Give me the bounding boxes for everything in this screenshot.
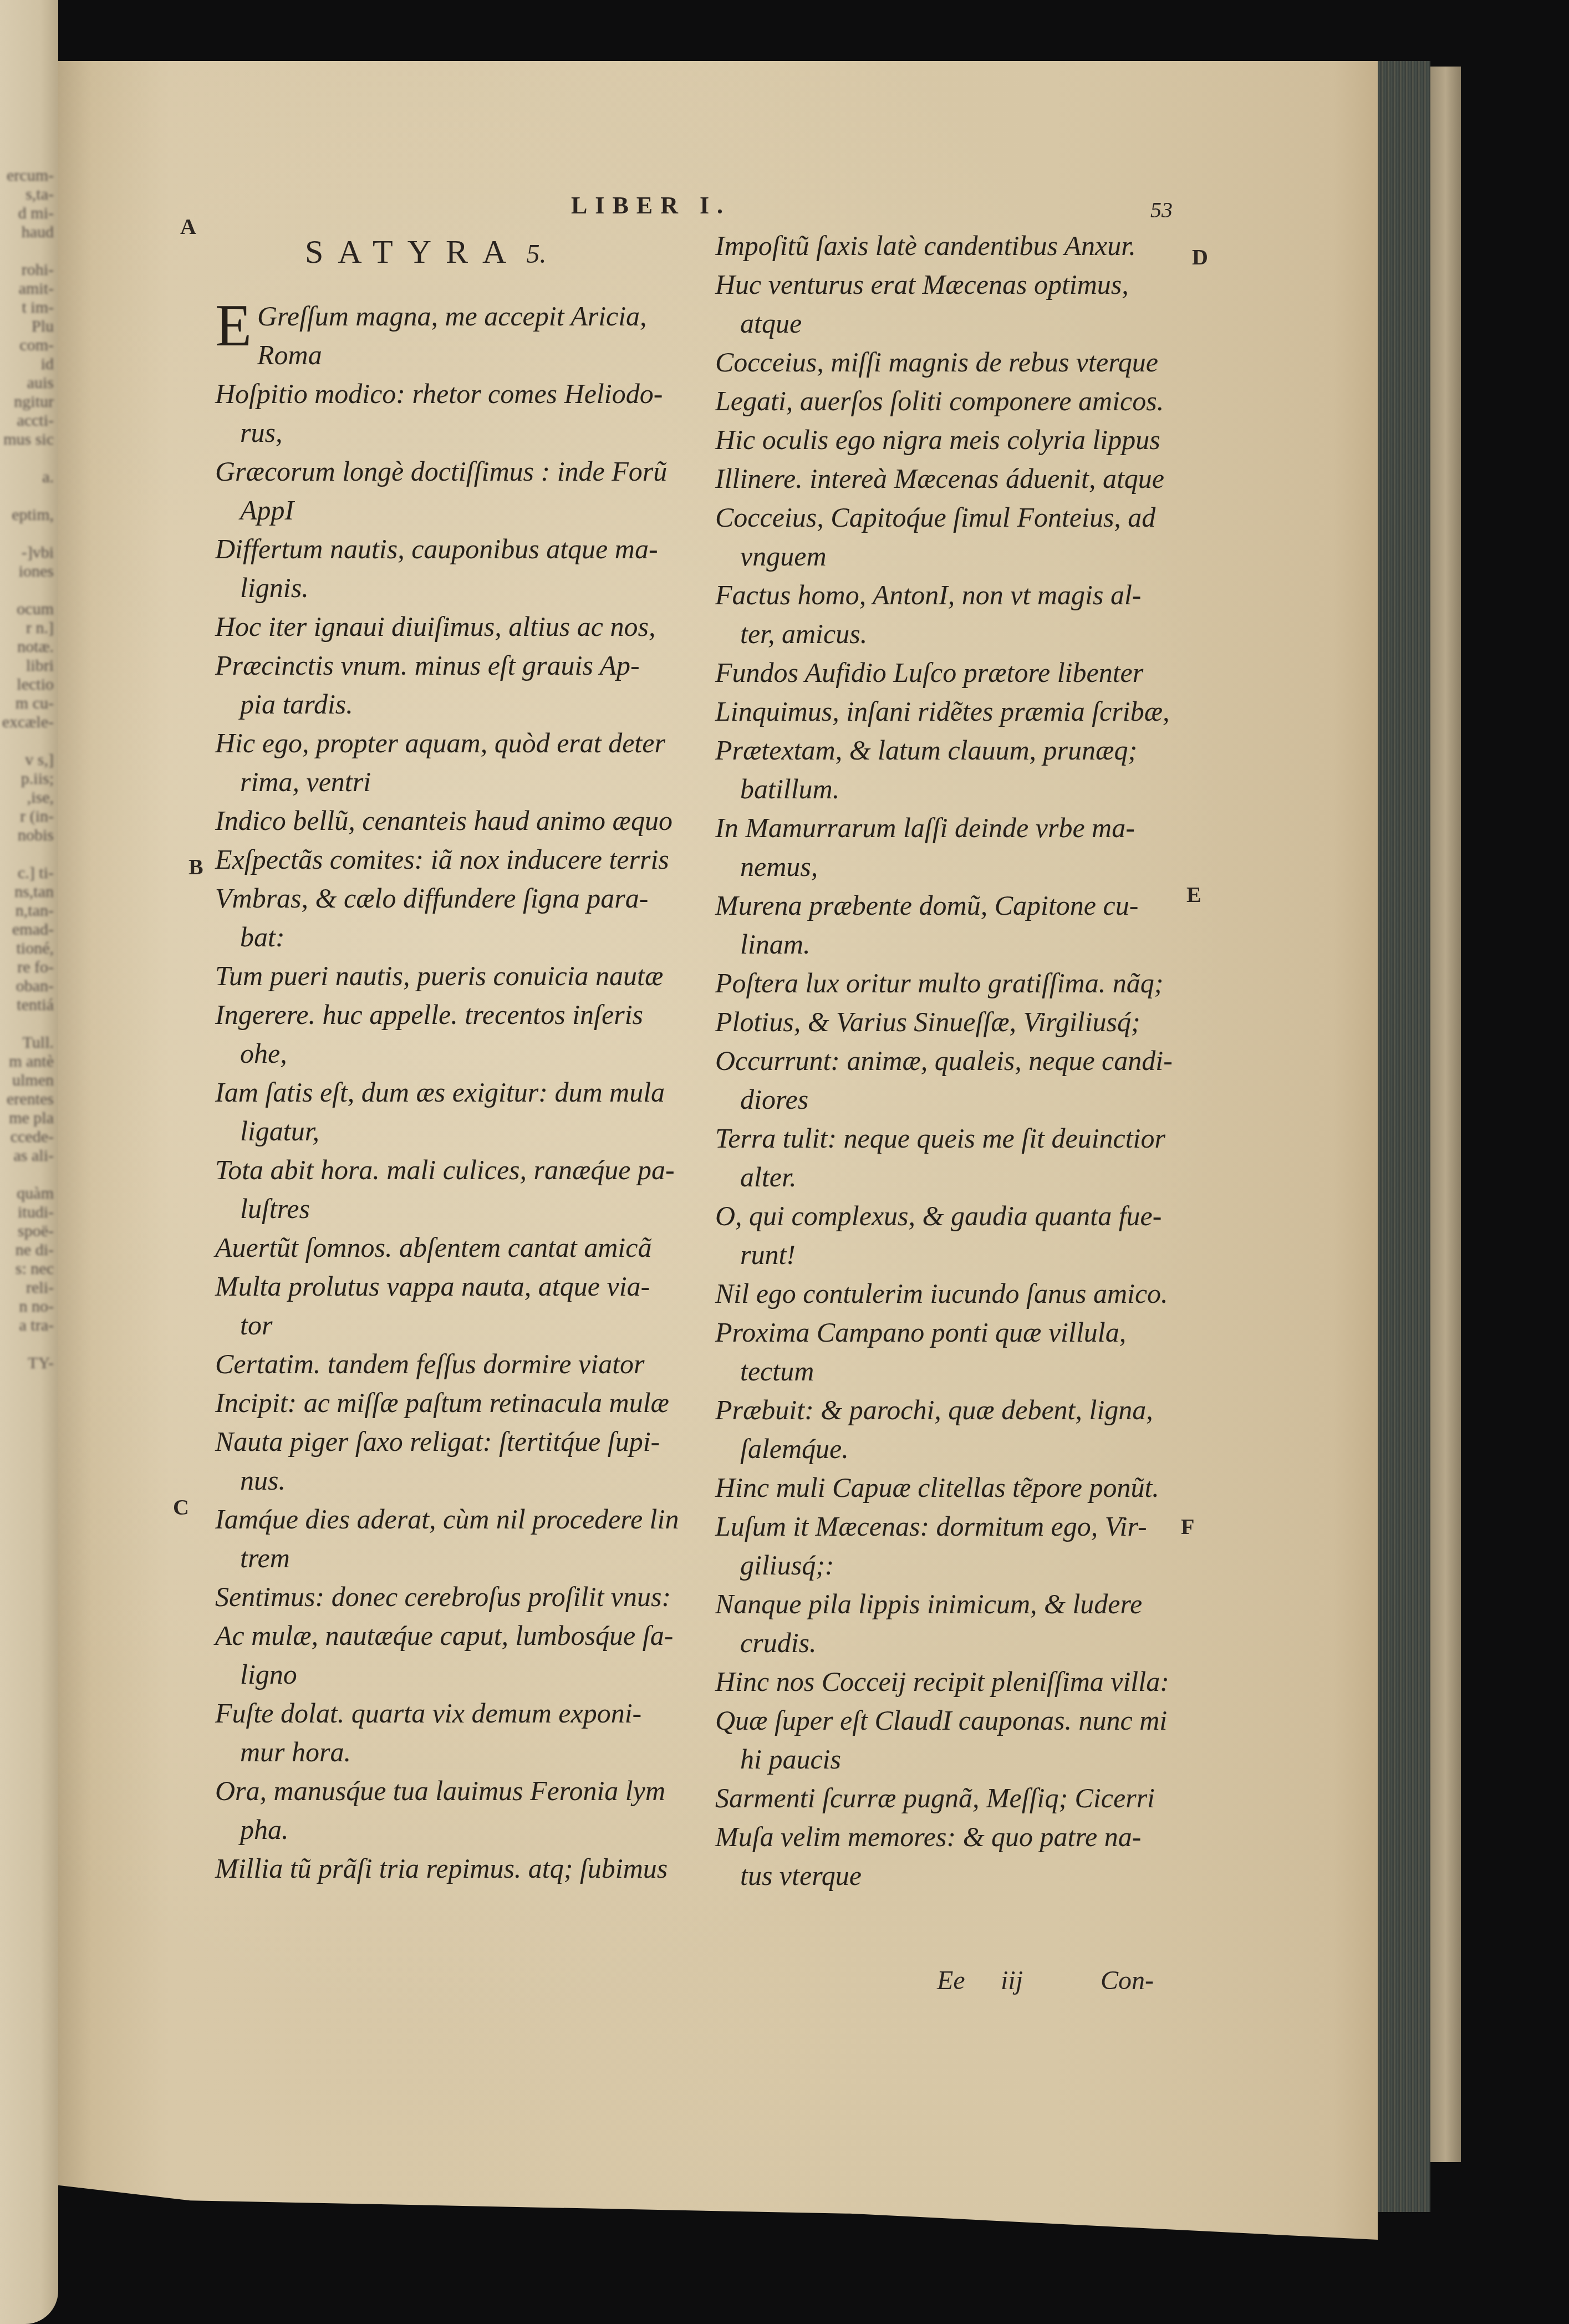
- verse-continuation: ohe,: [215, 1034, 703, 1073]
- verse-continuation: atque: [715, 304, 1192, 343]
- verse-continuation: pha.: [215, 1810, 703, 1849]
- verse-line: Sarmenti ſcurræ pugnã, Meſſiq; Cicerri: [715, 1778, 1192, 1817]
- verse-line: Luſum it Mæcenas: dormitum ego, Vir-: [715, 1507, 1192, 1546]
- verse-continuation: luſtres: [215, 1189, 703, 1228]
- verse-line: Auertũt ſomnos. abſentem cantat amicã: [215, 1228, 703, 1267]
- drop-cap: E: [215, 301, 252, 351]
- verse-continuation: diores: [715, 1080, 1192, 1119]
- verse-continuation: batillum.: [715, 769, 1192, 808]
- verse-line: Iam ſatis eſt, dum æs exigitur: dum mula: [215, 1073, 703, 1112]
- verse-line: Incipit: ac miſſæ paſtum retinacula mulæ: [215, 1383, 703, 1422]
- verse-line: Nil ego contulerim iucundo ſanus amico.: [715, 1274, 1192, 1313]
- verse-continuation: ter, amicus.: [715, 614, 1192, 653]
- marginal-letter-c: C: [173, 1494, 189, 1520]
- marginal-letter-a: A: [180, 213, 196, 239]
- verse-continuation: AppI: [215, 491, 703, 529]
- verse-line: Proxima Campano ponti quæ villula,: [715, 1313, 1192, 1352]
- verse-line: In Mamurrarum laſſi deinde vrbe ma-: [715, 808, 1192, 847]
- verse-line: Linquimus, inſani ridẽtes præmia ſcribæ,: [715, 692, 1192, 731]
- verse-continuation: alter.: [715, 1158, 1192, 1196]
- verse-line: Ingerere. huc appelle. trecentos inſeris: [215, 995, 703, 1034]
- right-text-column: Impoſitũ ſaxis latè candentibus Anxur.Hu…: [715, 226, 1192, 1895]
- verse-line: Poſtera lux oritur multo gratiſſima. nãq…: [715, 964, 1192, 1002]
- verse-continuation: vnguem: [715, 537, 1192, 575]
- verse-continuation: hi paucis: [715, 1740, 1192, 1778]
- verse-line: Tota abit hora. mali culices, ranæq́ue p…: [215, 1150, 703, 1189]
- verse-line: Nauta piger ſaxo religat: ſtertitq́ue ſu…: [215, 1422, 703, 1461]
- catchword: Con-: [1101, 1965, 1154, 1996]
- verse-line: Murena præbente domũ, Capitone cu-: [715, 886, 1192, 925]
- satire-title-label: SATYRA: [305, 233, 521, 270]
- verse-continuation: ligatur,: [215, 1112, 703, 1150]
- verse-line: Cocceius, Capitoq́ue ſimul Fonteius, ad: [715, 498, 1192, 537]
- marginal-letter-d: D: [1192, 244, 1208, 270]
- verse-line: Præcinctis vnum. minus eſt grauis Ap-: [215, 646, 703, 685]
- verse-line: Hoſpitio modico: rhetor comes Heliodo-: [215, 374, 703, 413]
- verse-line: Iamq́ue dies aderat, cùm nil procedere l…: [215, 1500, 703, 1538]
- verse-line: Plotius, & Varius Sinueſſæ, Virgiliusq́;: [715, 1002, 1192, 1041]
- verse-line: Nanque pila lippis inimicum, & ludere: [715, 1584, 1192, 1623]
- verse-continuation: Roma: [215, 335, 703, 374]
- verse-continuation: crudis.: [715, 1623, 1192, 1662]
- verse-line: Illinere. intereà Mæcenas áduenit, atque: [715, 459, 1192, 498]
- verse-line: Certatim. tandem feſſus dormire viator: [215, 1344, 703, 1383]
- left-text-column: E Greſſum magna, me accepit Aricia,RomaH…: [215, 297, 703, 1888]
- verse-line: Impoſitũ ſaxis latè candentibus Anxur.: [715, 226, 1192, 265]
- verse-line: Tum pueri nautis, pueris conuicia nautæ: [215, 956, 703, 995]
- verse-line: Græcorum longè doctiſſimus : inde Forũ: [215, 452, 703, 491]
- verse-line: Fundos Aufidio Luſco prætore libenter: [715, 653, 1192, 692]
- verse-continuation: runt!: [715, 1235, 1192, 1274]
- verse-line: Differtum nautis, cauponibus atque ma-: [215, 529, 703, 568]
- verse-line: Quæ ſuper eſt ClaudI cauponas. nunc mi: [715, 1701, 1192, 1740]
- verse-line: Terra tulit: neque queis me ſit deuincti…: [715, 1119, 1192, 1158]
- verse-line: Prætextam, & latum clauum, prunæq;: [715, 731, 1192, 769]
- verse-continuation: trem: [215, 1538, 703, 1577]
- verse-continuation: giliusq́;:: [715, 1546, 1192, 1584]
- verse-line: Vmbras, & cælo diffundere ſigna para-: [215, 879, 703, 918]
- verse-continuation: bat:: [215, 918, 703, 956]
- verse-line: Multa prolutus vappa nauta, atque via-: [215, 1267, 703, 1306]
- signature-mark: Ee: [937, 1965, 965, 1996]
- verse-line: Sentimus: donec cerebroſus proſilit vnus…: [215, 1577, 703, 1616]
- satire-number: 5.: [526, 239, 546, 269]
- verse-continuation: linam.: [715, 925, 1192, 964]
- verse-continuation: rima, ventri: [215, 762, 703, 801]
- verse-line: Greſſum magna, me accepit Aricia,: [215, 297, 703, 335]
- verse-continuation: rus,: [215, 413, 703, 452]
- verse-line: Ac mulæ, nautæq́ue caput, lumbosq́ue ſa-: [215, 1616, 703, 1655]
- verse-line: Indico bellũ, cenanteis haud animo æquo: [215, 801, 703, 840]
- satire-title: SATYRA5.: [305, 233, 546, 271]
- verse-line: Hic oculis ego nigra meis colyria lippus: [715, 420, 1192, 459]
- verse-line: Muſa velim memores: & quo patre na-: [715, 1817, 1192, 1856]
- verse-line: Exſpectãs comites: iã nox inducere terri…: [215, 840, 703, 879]
- verse-line: Præbuit: & parochi, quæ debent, ligna,: [715, 1390, 1192, 1429]
- verse-line: Hoc iter ignaui diuiſimus, altius ac nos…: [215, 607, 703, 646]
- verse-line: Hinc muli Capuæ clitellas tẽpore ponũt.: [715, 1468, 1192, 1507]
- verse-line: Ora, manusq́ue tua lauimus Feronia lym: [215, 1771, 703, 1810]
- verse-continuation: pia tardis.: [215, 685, 703, 723]
- verse-continuation: lignis.: [215, 568, 703, 607]
- verse-continuation: tectum: [715, 1352, 1192, 1390]
- verse-line: Millia tũ prãſi tria repimus. atq; ſubim…: [215, 1849, 703, 1888]
- verse-line: Huc venturus erat Mæcenas optimus,: [715, 265, 1192, 304]
- verse-continuation: ſalemq́ue.: [715, 1429, 1192, 1468]
- marginal-letter-b: B: [189, 854, 203, 880]
- verse-continuation: tus vterque: [715, 1856, 1192, 1895]
- folio-number: 53: [1150, 197, 1173, 223]
- verse-line: Cocceius, miſſi magnis de rebus vterque: [715, 343, 1192, 381]
- verse-continuation: mur hora.: [215, 1732, 703, 1771]
- verse-continuation: nus.: [215, 1461, 703, 1500]
- verse-continuation: ligno: [215, 1655, 703, 1694]
- verse-line: Legati, auerſos ſoliti componere amicos.: [715, 381, 1192, 420]
- verse-line: O, qui complexus, & gaudia quanta fue-: [715, 1196, 1192, 1235]
- verse-line: Occurrunt: animæ, qualeis, neque candi-: [715, 1041, 1192, 1080]
- running-head: LIBER I.: [571, 191, 731, 220]
- verse-continuation: nemus,: [715, 847, 1192, 886]
- verse-continuation: tor: [215, 1306, 703, 1344]
- verse-line: Fuſte dolat. quarta vix demum exponi-: [215, 1694, 703, 1732]
- signature-number: iij: [1001, 1965, 1023, 1996]
- verse-line: Hic ego, propter aquam, quòd erat deter: [215, 723, 703, 762]
- verse-line: Factus homo, AntonI, non vt magis al-: [715, 575, 1192, 614]
- page-content: LIBER I. 53 A D B E C F SATYRA5. E Greſſ…: [0, 0, 1569, 2324]
- verse-line: Hinc nos Cocceij recipit pleniſſima vill…: [715, 1662, 1192, 1701]
